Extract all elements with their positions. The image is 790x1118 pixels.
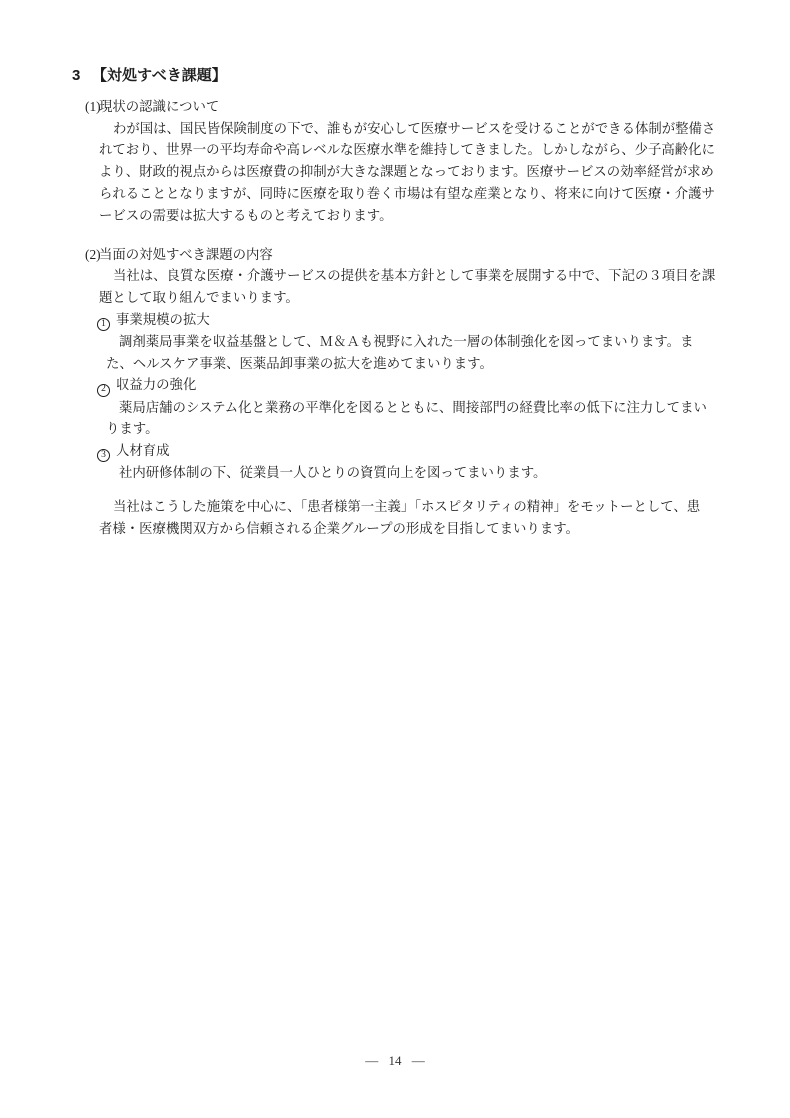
section-title: 【対処すべき課題】	[92, 67, 227, 84]
list-item-title: 人材育成	[116, 443, 170, 458]
paragraph-line: 題として取り組んでまいります。	[0, 287, 790, 309]
paragraph-line: た、ヘルスケア事業、医薬品卸事業の拡大を進めてまいります。	[0, 353, 790, 375]
section-number: 3	[72, 66, 92, 86]
circled-number-marker: 2	[97, 384, 110, 397]
list-item-heading: 1事業規模の拡大	[0, 309, 790, 331]
closing-paragraph: 当社はこうした施策を中心に、「患者様第一主義」「ホスピタリティの精神」をモットー…	[0, 496, 790, 539]
subsection-heading-text: 現状の認識について	[99, 99, 219, 114]
page-number-footer: — 14 —	[0, 1050, 790, 1072]
list-item-business-expansion: 1事業規模の拡大 調剤薬局事業を収益基盤として、Ｍ＆Ａも視野に入れた一層の体制強…	[0, 309, 790, 375]
subsection-current-issues: (2)当面の対処すべき課題の内容 当社は、良質な医療・介護サービスの提供を基本方…	[0, 244, 790, 484]
list-item-heading: 3人材育成	[0, 440, 790, 462]
subsection-number: (2)	[85, 244, 99, 266]
paragraph-line: ります。	[0, 418, 790, 440]
list-item-profitability: 2収益力の強化 薬局店舗のシステム化と業務の平準化を図るとともに、間接部門の経費…	[0, 374, 790, 440]
paragraph-line: 社内研修体制の下、従業員一人ひとりの資質向上を図ってまいります。	[0, 462, 790, 484]
paragraph-line: 薬局店舗のシステム化と業務の平準化を図るとともに、間接部門の経費比率の低下に注力…	[0, 397, 790, 419]
list-item-title: 事業規模の拡大	[116, 312, 210, 327]
paragraph-line: られることとなりますが、同時に医療を取り巻く市場は有望な産業となり、将来に向けて…	[0, 183, 790, 205]
paragraph-line: れており、世界一の平均寿命や高レベルな医療水準を維持してきました。しかしながら、…	[0, 139, 790, 161]
subsection-number: (1)	[85, 96, 99, 118]
paragraph-line: 者様・医療機関双方から信頼される企業グループの形成を目指してまいります。	[0, 518, 790, 540]
paragraph-line: ービスの需要は拡大するものと考えております。	[0, 205, 790, 227]
list-item-heading: 2収益力の強化	[0, 374, 790, 396]
list-item-title: 収益力の強化	[116, 377, 196, 392]
subsection-heading: (2)当面の対処すべき課題の内容	[0, 244, 790, 266]
list-item-human-resources: 3人材育成 社内研修体制の下、従業員一人ひとりの資質向上を図ってまいります。	[0, 440, 790, 484]
document-page: 3【対処すべき課題】 (1)現状の認識について わが国は、国民皆保険制度の下で、…	[0, 0, 790, 1118]
subsection-heading-text: 当面の対処すべき課題の内容	[99, 247, 273, 262]
paragraph-line: 調剤薬局事業を収益基盤として、Ｍ＆Ａも視野に入れた一層の体制強化を図ってまいりま…	[0, 331, 790, 353]
paragraph-line: 当社は、良質な医療・介護サービスの提供を基本方針として事業を展開する中で、下記の…	[0, 265, 790, 287]
subsection-heading: (1)現状の認識について	[0, 96, 790, 118]
paragraph-line: 当社はこうした施策を中心に、「患者様第一主義」「ホスピタリティの精神」をモットー…	[0, 496, 790, 518]
subsection-current-status: (1)現状の認識について わが国は、国民皆保険制度の下で、誰もが安心して医療サー…	[0, 96, 790, 226]
paragraph-line: わが国は、国民皆保険制度の下で、誰もが安心して医療サービスを受けることができる体…	[0, 118, 790, 140]
circled-number-marker: 3	[97, 449, 110, 462]
circled-number-marker: 1	[97, 318, 110, 331]
paragraph-line: より、財政的視点からは医療費の抑制が大きな課題となっております。医療サービスの効…	[0, 161, 790, 183]
section-heading: 3【対処すべき課題】	[0, 66, 790, 86]
